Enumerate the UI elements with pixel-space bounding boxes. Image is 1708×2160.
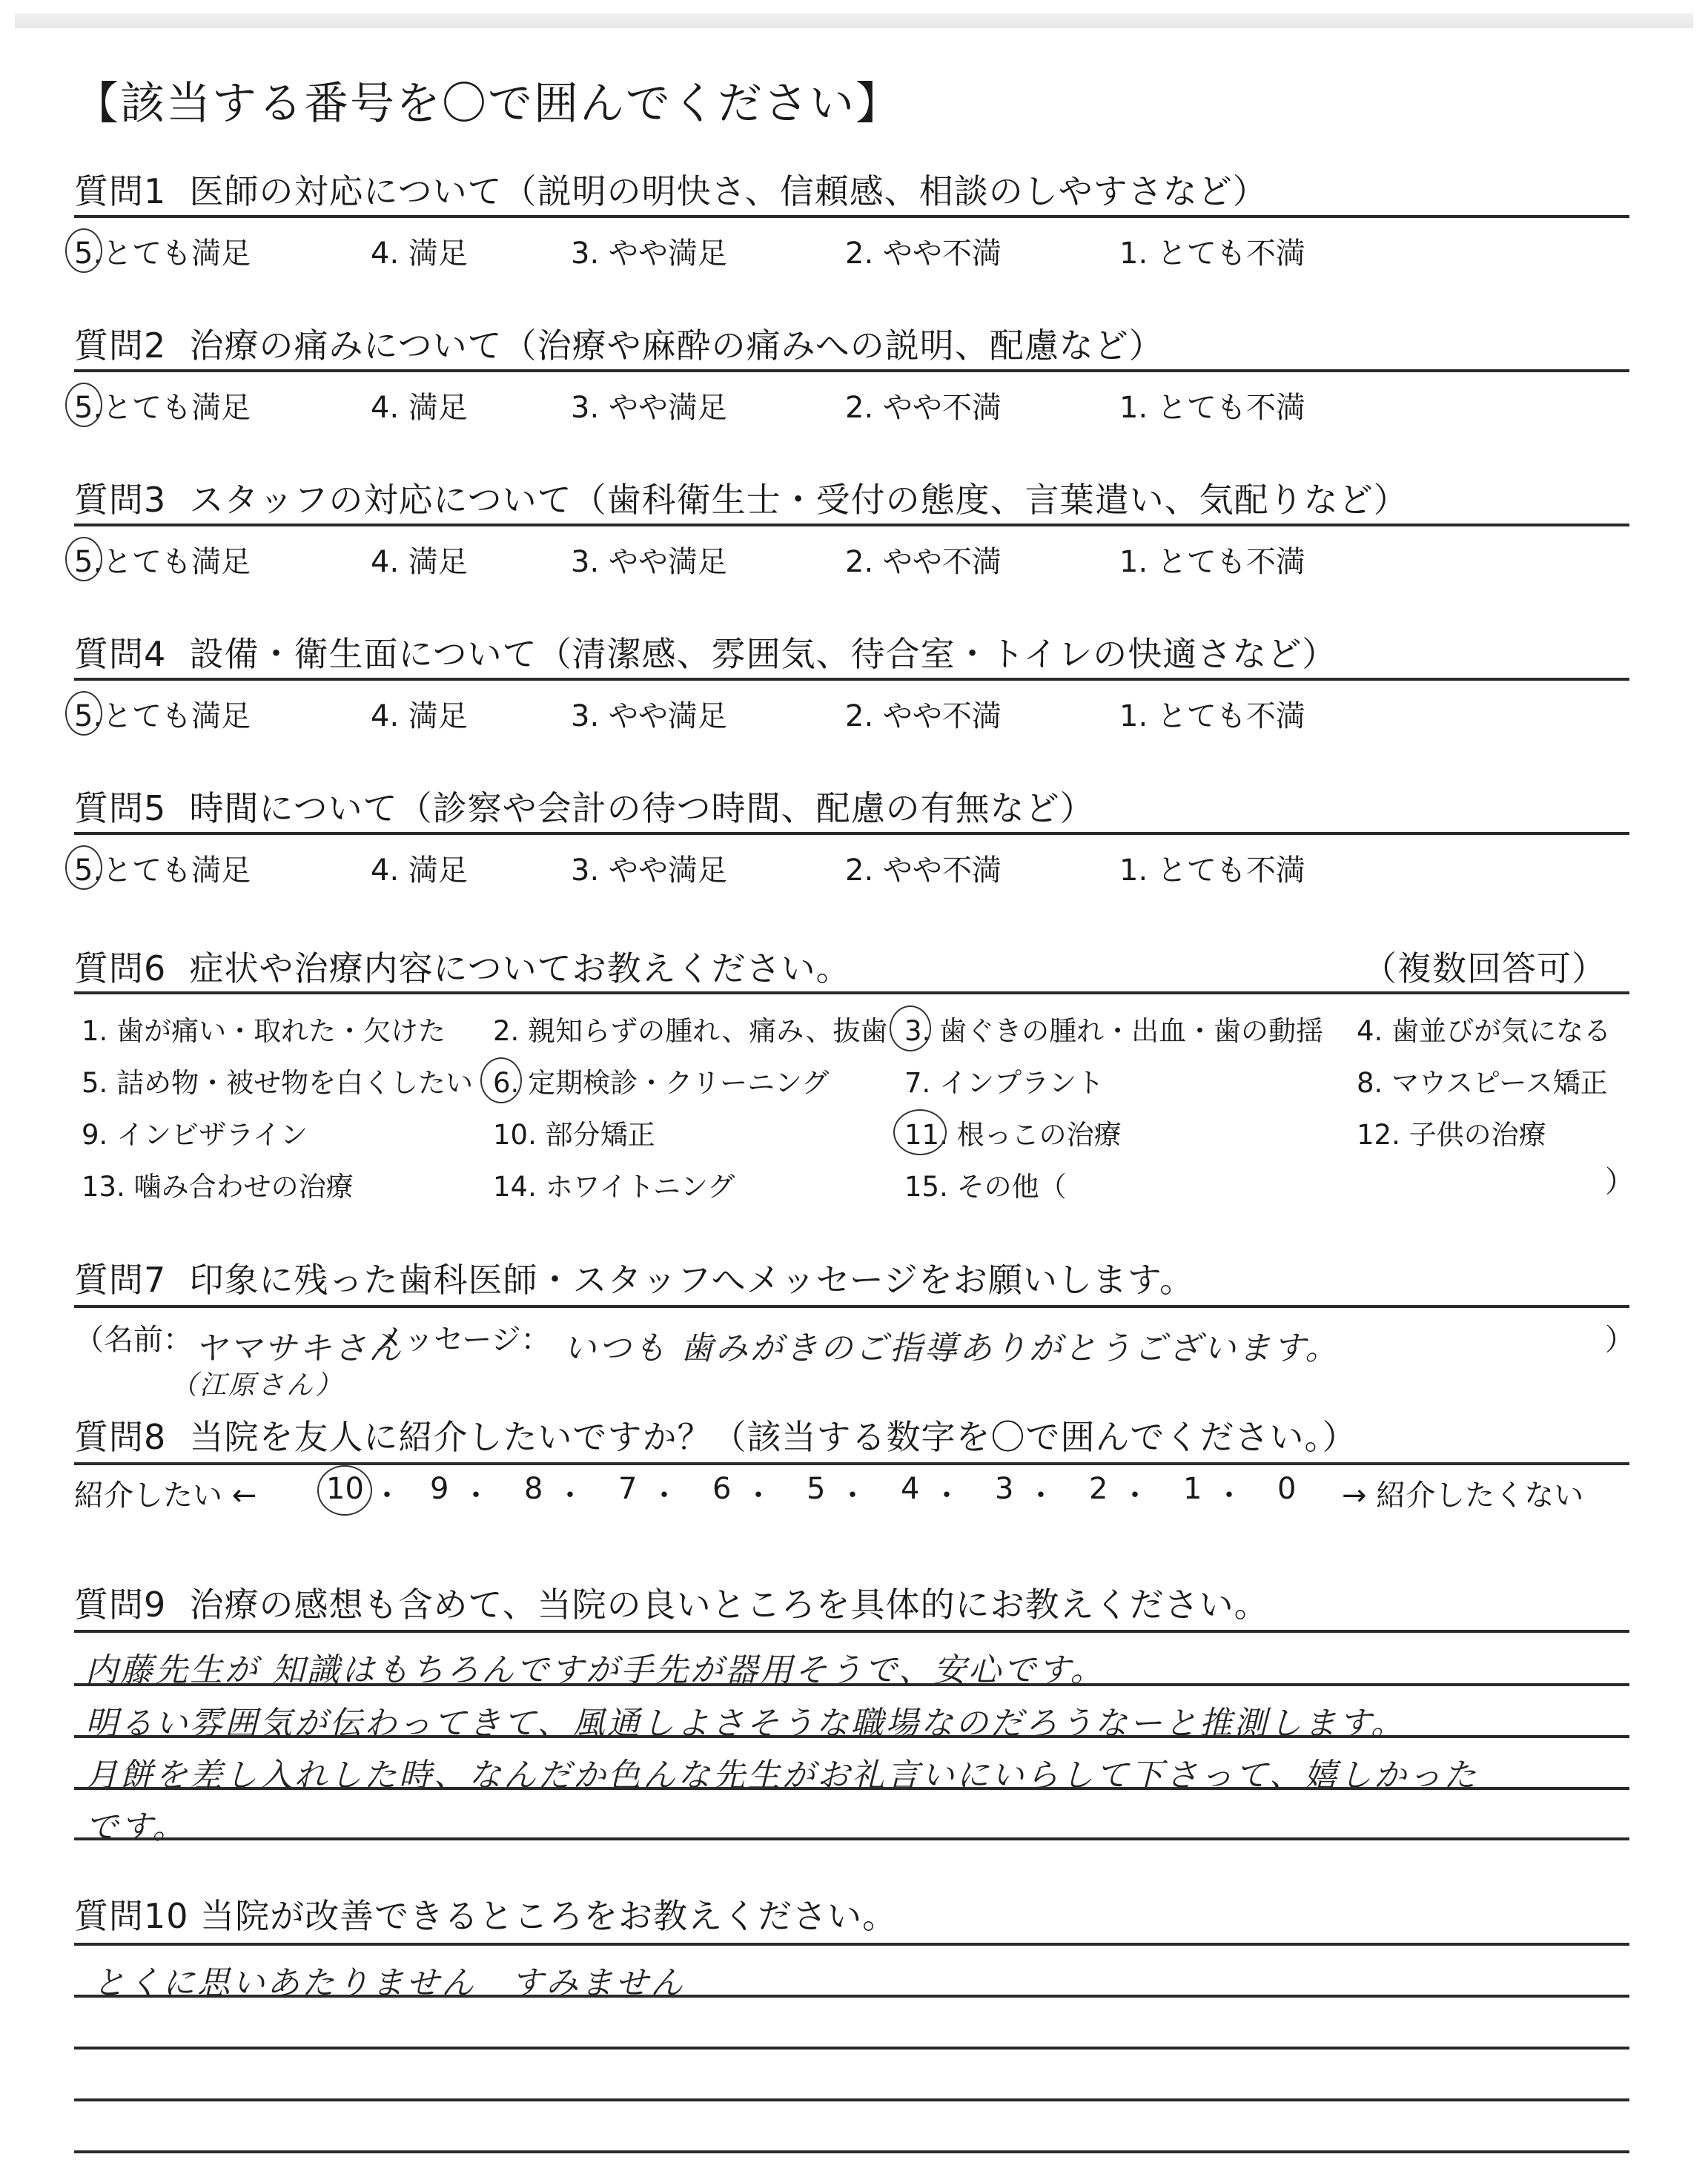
- q6-option-4[interactable]: 4. 歯並びが気になる: [1357, 1008, 1611, 1048]
- q8-scale-separator: ・: [1120, 1472, 1150, 1514]
- q3-rule: [74, 524, 1629, 526]
- q2-option-4[interactable]: 4. 満足: [371, 384, 468, 426]
- q4-option-1[interactable]: 1. とても不満: [1119, 693, 1305, 735]
- q6-option-3[interactable]: 3. 歯ぐきの腫れ・出血・歯の動揺: [904, 1008, 1323, 1048]
- q8-scale-8[interactable]: 8: [524, 1472, 543, 1506]
- q4-selected-circle: [65, 691, 102, 736]
- q10-rule-3: [74, 2098, 1629, 2101]
- q5-rule: [74, 832, 1629, 835]
- q8-scale-9[interactable]: 9: [430, 1472, 448, 1506]
- q6-option-1[interactable]: 1. 歯が痛い・取れた・欠けた: [82, 1008, 446, 1048]
- q4-number: 質問4: [74, 634, 166, 674]
- q7-name-value-2[interactable]: （江原さん）: [171, 1364, 344, 1402]
- q8-scale-7[interactable]: 7: [618, 1472, 637, 1506]
- q9-rule-3: [74, 1787, 1629, 1790]
- q8-scale-1[interactable]: 1: [1183, 1472, 1202, 1506]
- q6-option-13[interactable]: 13. 噛み合わせの治療: [82, 1164, 354, 1204]
- q6-option-8[interactable]: 8. マウスピース矯正: [1357, 1060, 1608, 1100]
- scan-top-edge: [15, 13, 1693, 28]
- q6-option-14[interactable]: 14. ホワイトニング: [493, 1164, 735, 1204]
- q1-option-3[interactable]: 3. やや満足: [571, 230, 727, 272]
- q8-selected-circle: [317, 1465, 372, 1516]
- q6-other-close-paren: ）: [1605, 1158, 1635, 1200]
- q6-note: （複数回答可）: [1363, 942, 1606, 991]
- q10-rule-1: [74, 1995, 1629, 1998]
- q10-rule-0: [74, 1943, 1629, 1946]
- q8-scale-0[interactable]: 0: [1277, 1472, 1296, 1506]
- q7-rule: [74, 1305, 1629, 1308]
- q8-scale-separator: ・: [1214, 1472, 1244, 1514]
- q1-selected-circle: [65, 228, 102, 273]
- q2-option-1[interactable]: 1. とても不満: [1119, 384, 1305, 426]
- q5-selected-circle: [65, 845, 102, 890]
- q7-name-label: （名前：: [74, 1316, 193, 1358]
- q2-number: 質問2: [74, 326, 166, 366]
- q8-scale-separator: ・: [461, 1472, 491, 1514]
- q2-selected-circle: [65, 383, 102, 427]
- q8-scale-separator: ・: [372, 1472, 402, 1514]
- q4-option-4[interactable]: 4. 満足: [371, 693, 468, 735]
- q10-label: 質問10 当院が改善できるところをお教えください。: [74, 1889, 897, 1938]
- q2-option-3[interactable]: 3. やや満足: [571, 384, 727, 426]
- q8-scale-5[interactable]: 5: [807, 1472, 825, 1506]
- q8-scale-separator: ・: [649, 1472, 679, 1514]
- q3-option-2[interactable]: 2. やや不満: [845, 538, 1002, 581]
- q2-text: 治療の痛みについて（治療や麻酔の痛みへの説明、配慮など）: [190, 326, 1164, 366]
- q8-scale-separator: ・: [932, 1472, 961, 1514]
- q8-scale-2[interactable]: 2: [1089, 1472, 1108, 1506]
- q1-option-4[interactable]: 4. 満足: [371, 230, 468, 272]
- q1-label: 質問1 医師の対応について（説明の明快さ、信頼感、相談のしやすさなど）: [74, 165, 1268, 214]
- q3-option-1[interactable]: 1. とても不満: [1119, 538, 1305, 581]
- q4-label: 質問4 設備・衛生面について（清潔感、雰囲気、待合室・トイレの快適さなど）: [74, 627, 1337, 676]
- q1-text: 医師の対応について（説明の明快さ、信頼感、相談のしやすさなど）: [190, 171, 1268, 211]
- q9-answer-line-4[interactable]: です。: [85, 1800, 187, 1848]
- q2-rule: [74, 369, 1629, 372]
- q5-number: 質問5: [74, 788, 166, 828]
- q4-option-3[interactable]: 3. やや満足: [571, 693, 727, 735]
- q9-rule-4: [74, 1837, 1629, 1840]
- q6-option-15[interactable]: 15. その他（: [904, 1164, 1067, 1204]
- q6-selected-circle-3: [890, 1005, 931, 1051]
- q1-rule: [74, 215, 1629, 218]
- q6-option-12[interactable]: 12. 子供の治療: [1357, 1112, 1546, 1152]
- q1-option-1[interactable]: 1. とても不満: [1119, 230, 1305, 272]
- q7-message-value[interactable]: いつも 歯みがきのご指導ありがとうございます。: [563, 1321, 1340, 1369]
- q9-label: 質問9 治療の感想も含めて、当院の良いところを具体的にお教えください。: [74, 1578, 1269, 1627]
- q7-close-paren: ）: [1605, 1316, 1635, 1358]
- q5-text: 時間について（診察や会計の待つ時間、配慮の有無など）: [190, 788, 1095, 828]
- q3-text: スタッフの対応について（歯科衛生士・受付の態度、言葉遣い、気配りなど）: [190, 480, 1409, 520]
- q8-scale-separator: ・: [555, 1472, 585, 1514]
- q8-right-label: → 紹介したくない: [1342, 1472, 1583, 1514]
- q8-scale-separator: ・: [1026, 1472, 1056, 1514]
- q5-option-1[interactable]: 1. とても不満: [1119, 847, 1305, 889]
- q8-left-label: 紹介したい ←: [74, 1472, 256, 1514]
- q4-text: 設備・衛生面について（清潔感、雰囲気、待合室・トイレの快適さなど）: [190, 634, 1337, 674]
- q8-scale-separator: ・: [838, 1472, 867, 1514]
- q8-label: 質問8 当院を友人に紹介したいですか？（該当する数字を〇で囲んでください。）: [74, 1410, 1357, 1459]
- q8-scale-separator: ・: [744, 1472, 773, 1514]
- q4-rule: [74, 678, 1629, 681]
- q6-option-10[interactable]: 10. 部分矯正: [493, 1112, 655, 1152]
- q3-label: 質問3 スタッフの対応について（歯科衛生士・受付の態度、言葉遣い、気配りなど）: [74, 473, 1409, 522]
- q9-rule-1: [74, 1683, 1629, 1686]
- q3-option-4[interactable]: 4. 満足: [371, 538, 468, 581]
- page-heading: 【該当する番号を〇で囲んでください】: [74, 68, 901, 132]
- q4-option-2[interactable]: 2. やや不満: [845, 693, 1002, 735]
- q9-rule-0: [74, 1630, 1629, 1633]
- q8-rule: [74, 1462, 1629, 1465]
- q5-option-4[interactable]: 4. 満足: [371, 847, 468, 889]
- q8-scale-6[interactable]: 6: [712, 1472, 731, 1506]
- q6-selected-circle-6: [480, 1057, 522, 1103]
- q5-label: 質問5 時間について（診察や会計の待つ時間、配慮の有無など）: [74, 782, 1095, 830]
- q5-option-3[interactable]: 3. やや満足: [571, 847, 727, 889]
- q7-label: 質問7 印象に残った歯科医師・スタッフへメッセージをお願いします。: [74, 1253, 1194, 1302]
- q6-selected-circle-11: [893, 1109, 947, 1155]
- q6-label: 質問6 症状や治療内容についてお教えください。: [74, 942, 851, 991]
- q6-rule: [74, 991, 1629, 994]
- q10-rule-4: [74, 2150, 1629, 2153]
- q2-option-2[interactable]: 2. やや不満: [845, 384, 1002, 426]
- q6-option-5[interactable]: 5. 詰め物・被せ物を白くしたい: [82, 1060, 473, 1100]
- q1-option-2[interactable]: 2. やや不満: [845, 230, 1002, 272]
- q3-selected-circle: [65, 537, 102, 581]
- q3-option-3[interactable]: 3. やや満足: [571, 538, 727, 581]
- q6-option-2[interactable]: 2. 親知らずの腫れ、痛み、抜歯: [493, 1008, 888, 1048]
- q7-message-label: メッセージ：: [374, 1316, 551, 1358]
- q6-option-9[interactable]: 9. インビザライン: [82, 1112, 308, 1152]
- q9-rule-2: [74, 1735, 1629, 1738]
- q10-rule-2: [74, 2047, 1629, 2050]
- q7-name-value[interactable]: ヤマサキさん: [194, 1321, 403, 1369]
- q6-option-6[interactable]: 6. 定期検診・クリーニング: [493, 1060, 829, 1100]
- q6-option-7[interactable]: 7. インプラント: [904, 1060, 1104, 1100]
- q1-number: 質問1: [74, 171, 166, 211]
- q2-label: 質問2 治療の痛みについて（治療や麻酔の痛みへの説明、配慮など）: [74, 319, 1164, 368]
- q8-scale-4[interactable]: 4: [901, 1472, 919, 1506]
- q3-number: 質問3: [74, 480, 166, 520]
- q5-option-2[interactable]: 2. やや不満: [845, 847, 1002, 889]
- q8-scale-3[interactable]: 3: [995, 1472, 1013, 1506]
